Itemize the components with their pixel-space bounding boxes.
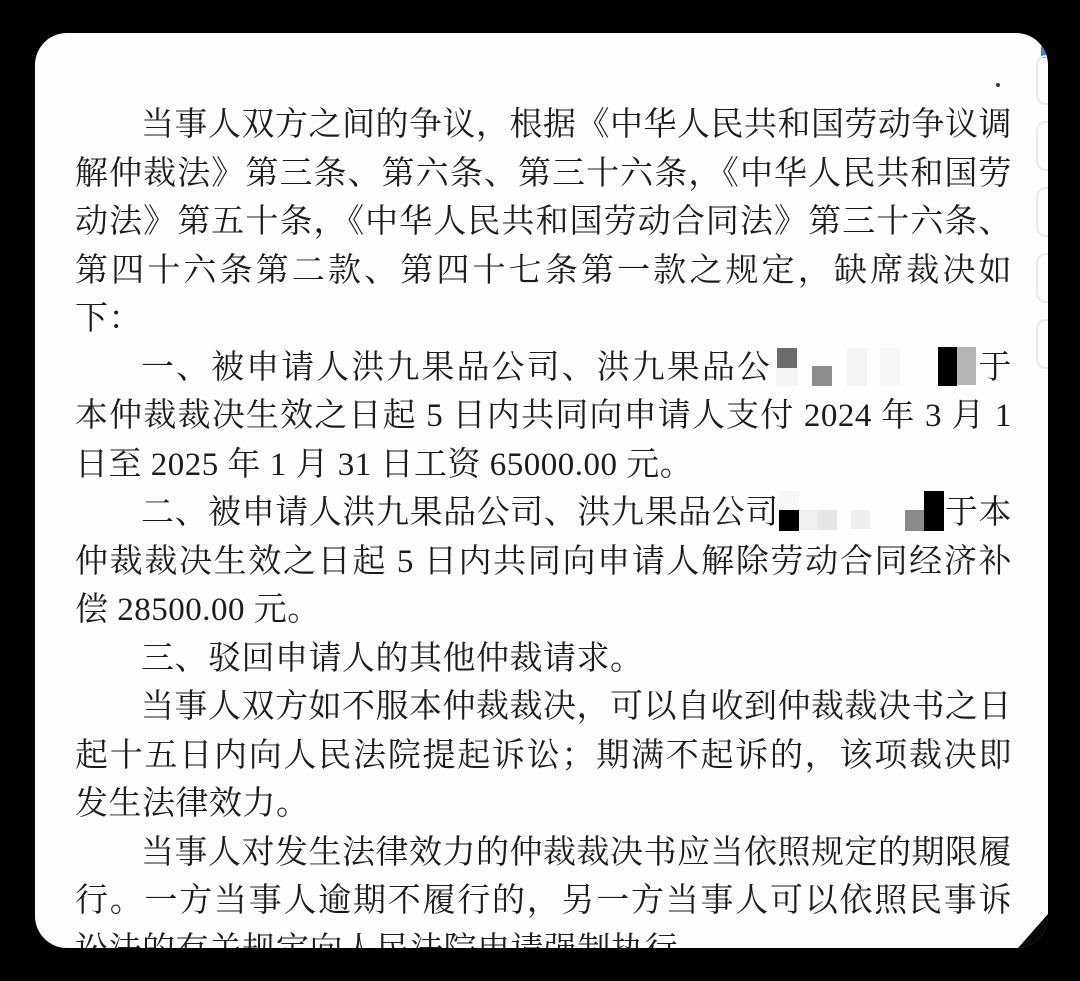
paragraph-text: 三、驳回申请人的其他仲裁请求。 <box>141 641 644 677</box>
document-body: 当事人双方之间的争议，根据《中华人民共和国劳动争议调解仲裁法》第三条、第六条、第… <box>75 101 1012 948</box>
paragraph: 一、被申请人洪九果品公司、洪九果品公于本仲裁裁决生效之日起 5 日内共同向申请人… <box>75 344 1012 490</box>
paragraph: 二、被申请人洪九果品公司、洪九果品公司于本仲裁裁决生效之日起 5 日内共同向申请… <box>75 489 1012 635</box>
page-edge-outline <box>1036 121 1048 171</box>
mosaic-block <box>938 347 957 386</box>
corner-fold-wedge-icon <box>1018 914 1048 948</box>
paragraph: 当事人对发生法律效力的仲裁裁决书应当依照规定的期限履行。一方当事人逾期不履行的，… <box>75 829 1012 949</box>
mosaic-block <box>957 347 976 385</box>
paragraph-text: 当事人对发生法律效力的仲裁裁决书应当依照规定的期限履行。一方当事人逾期不履行的，… <box>75 835 1012 949</box>
paragraph-text: 二、被申请人洪九果品公司、洪九果品公司 <box>141 495 779 531</box>
mosaic-block <box>847 348 867 386</box>
mosaic-block <box>812 366 832 386</box>
paragraph-text: 当事人双方之间的争议，根据《中华人民共和国劳动争议调解仲裁法》第三条、第六条、第… <box>75 107 1012 337</box>
redaction-mosaic <box>772 346 977 388</box>
paragraph-text: 当事人双方如不服本仲裁裁决，可以自收到仲裁裁决书之日起十五日内向人民法院提起诉讼… <box>75 689 1012 822</box>
document-page: 当事人双方之间的争议，根据《中华人民共和国劳动争议调解仲裁法》第三条、第六条、第… <box>35 33 1048 948</box>
page-edge-outline <box>1036 55 1048 105</box>
mosaic-block <box>777 348 797 368</box>
mosaic-block <box>779 510 799 531</box>
mosaic-block <box>776 368 798 386</box>
paragraph: 当事人双方如不服本仲裁裁决，可以自收到仲裁裁决书之日起十五日内向人民法院提起诉讼… <box>75 683 1012 829</box>
page-edge-outline <box>1036 253 1048 303</box>
mosaic-block <box>851 510 870 529</box>
paragraph: 三、驳回申请人的其他仲裁请求。 <box>75 635 1012 684</box>
paragraph-text: 一、被申请人洪九果品公司、洪九果品公 <box>141 350 772 386</box>
page-edge-outline <box>1036 319 1048 369</box>
mosaic-block <box>880 348 900 386</box>
screenshot-background: 当事人双方之间的争议，根据《中华人民共和国劳动争议调解仲裁法》第三条、第六条、第… <box>0 0 1080 981</box>
mosaic-block <box>924 491 944 531</box>
mosaic-block <box>779 491 799 510</box>
redaction-mosaic <box>779 491 945 533</box>
paragraph: 当事人双方之间的争议，根据《中华人民共和国劳动争议调解仲裁法》第三条、第六条、第… <box>75 101 1012 344</box>
mosaic-block <box>818 510 837 530</box>
mosaic-block <box>799 510 818 530</box>
ink-speck <box>996 83 1000 87</box>
mosaic-block <box>905 510 924 531</box>
page-edge-outline <box>1036 187 1048 237</box>
